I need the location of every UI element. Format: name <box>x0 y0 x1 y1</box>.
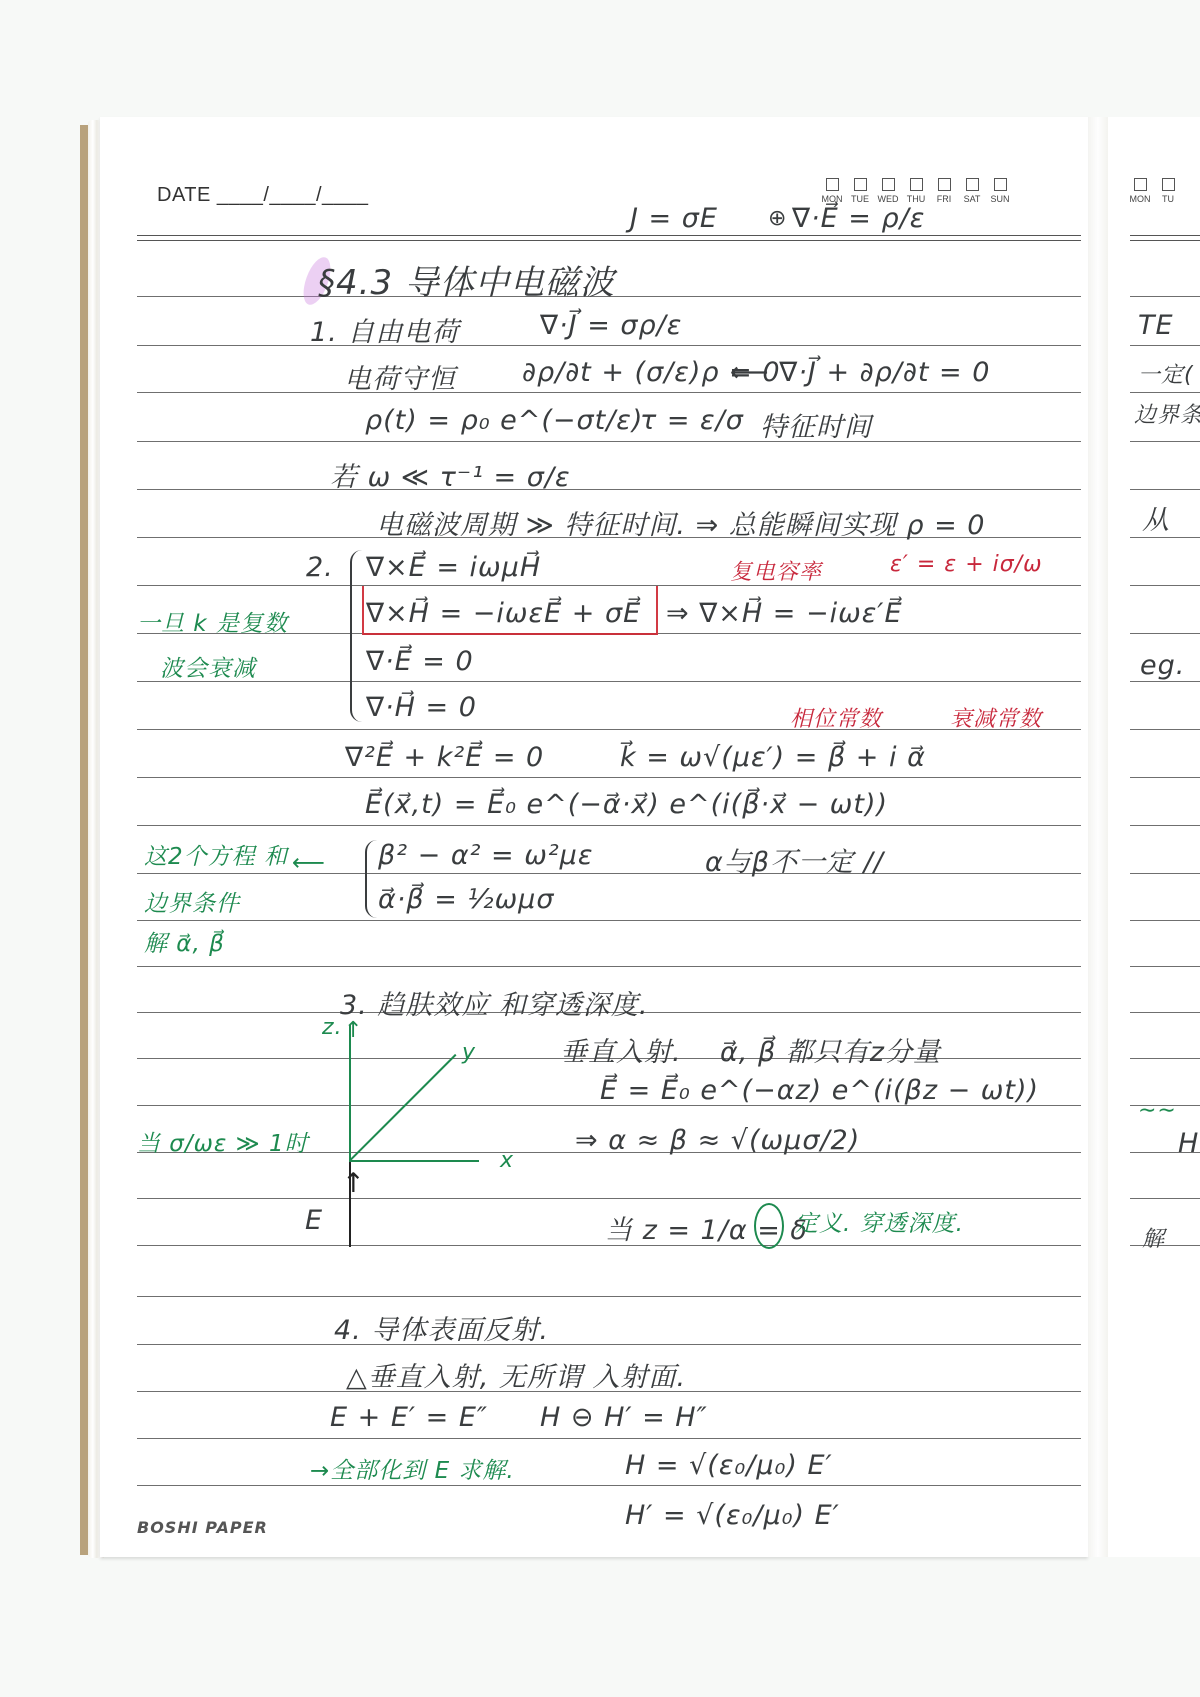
weekday-tue[interactable]: TU <box>1154 178 1182 204</box>
weekday-sun[interactable]: SUN <box>986 178 1014 204</box>
ruled-line <box>1130 825 1200 826</box>
page-title: §4.3 导体中电磁波 <box>318 255 615 304</box>
ruled-line <box>1130 633 1200 634</box>
x-axis <box>349 1160 479 1162</box>
notebook-spine <box>80 125 88 1555</box>
ruled-line <box>1130 966 1200 967</box>
curl-h-complex: ⇒ ∇×H⃗ = −iωε′E⃗ <box>666 598 903 629</box>
header-double-rule <box>137 235 1081 241</box>
e-boundary-condition: E + E′ = E″ <box>330 1402 488 1433</box>
right-fragment-te: TE <box>1138 310 1174 341</box>
ruled-line <box>1130 537 1200 538</box>
ruled-line <box>1130 681 1200 682</box>
page-gutter <box>1088 117 1108 1557</box>
ruled-line <box>137 1485 1081 1486</box>
section2-number: 2. <box>306 552 334 583</box>
section1-heading: 1. 自由电荷 <box>310 310 459 349</box>
weekday-mon[interactable]: MON <box>818 178 846 204</box>
maxwell-div-h: ∇·H⃗ = 0 <box>366 692 477 723</box>
ruled-line <box>137 873 1081 874</box>
section4-subheading: △垂直入射, 无所谓 入射面. <box>346 1355 686 1394</box>
green-arrow-icon: ⟵ <box>292 850 326 876</box>
incident-arrow-icon: ↑ <box>342 1168 366 1199</box>
attenuation-constant-label: 衰减常数 <box>950 702 1042 733</box>
ruled-line <box>1130 345 1200 346</box>
weekday-tue[interactable]: TUE <box>846 178 874 204</box>
ruled-line <box>137 681 1081 682</box>
charge-decay: ρ(t) = ρ₀ e^(−σt/ε) <box>365 405 643 436</box>
complex-permittivity-note: 复电容率 <box>730 555 822 586</box>
ruled-line <box>137 1296 1081 1297</box>
ruled-line <box>137 392 1081 393</box>
system-brace <box>365 840 377 918</box>
weekday-mon[interactable]: MON <box>1126 178 1154 204</box>
right-fragment-solve: 解 <box>1142 1222 1165 1253</box>
green-note-two-equations: 这2个方程 和 <box>144 838 288 871</box>
ruled-line <box>1130 392 1200 393</box>
h-relation-1: H = √(ε₀/μ₀) E′ <box>625 1450 833 1481</box>
wave-vector-definition: k⃗ = ω√(με′) = β⃗ + i α⃗ <box>620 742 926 773</box>
alpha-beta-note: α与β不一定 // <box>705 840 884 879</box>
weekday-checkboxes: MON TUE WED THU FRI SAT SUN <box>818 178 1014 204</box>
maxwell-curl-h: ∇×H⃗ = −iωεE⃗ + σE⃗ <box>366 598 641 629</box>
alpha-beta-equation: α⃗·β⃗ = ½ωμσ <box>378 884 554 915</box>
ruled-line <box>137 1344 1081 1345</box>
checkbox[interactable] <box>1162 178 1175 191</box>
checkbox[interactable] <box>910 178 923 191</box>
right-fragment-eg: eg. <box>1140 650 1185 681</box>
z-components-note: α⃗, β⃗ 都只有z分量 <box>720 1030 941 1069</box>
section4-heading: 4. 导体表面反射. <box>334 1308 549 1347</box>
section1-eq1: ∇·J⃗ = σρ/ε <box>540 310 682 341</box>
section3-heading: 3. 趋肤效应 和穿透深度. <box>340 983 649 1022</box>
maxwell-curl-e: ∇×E⃗ = iωμH⃗ <box>366 552 541 583</box>
green-note-boundary: 边界条件 <box>144 885 240 918</box>
axis-x-label: x <box>500 1148 514 1173</box>
ruled-line <box>1130 296 1200 297</box>
ruled-line <box>137 729 1081 730</box>
ruled-line <box>1130 729 1200 730</box>
ruled-line <box>1130 1198 1200 1199</box>
ruled-line <box>137 345 1081 346</box>
right-header-double-rule <box>1130 235 1200 241</box>
weekday-wed[interactable]: WED <box>874 178 902 204</box>
axis-y-label: y <box>462 1040 476 1065</box>
ruled-line <box>1130 1012 1200 1013</box>
ruled-line <box>1130 441 1200 442</box>
maxwell-div-e: ∇·E⃗ = 0 <box>366 646 474 677</box>
z-axis <box>349 1025 351 1165</box>
normal-incidence: 垂直入射. <box>560 1030 682 1069</box>
phase-constant-label: 相位常数 <box>790 702 882 733</box>
green-note-wave-decays: 波会衰减 <box>160 650 256 683</box>
checkbox[interactable] <box>994 178 1007 191</box>
charge-conservation-label: 电荷守恒 <box>344 357 456 396</box>
ruled-line <box>1130 920 1200 921</box>
right-wavy-mark: ∼∼ <box>1138 1098 1177 1123</box>
h-boundary-condition: H ⊖ H′ = H″ <box>540 1402 708 1433</box>
right-fragment-h: H <box>1178 1128 1199 1159</box>
circled-plus-marker: ⊕ <box>768 206 787 231</box>
helmholtz-equation: ∇²E⃗ + k²E⃗ = 0 <box>345 742 544 773</box>
ohm-law: J = σE <box>630 203 718 234</box>
complex-permittivity-formula: ε′ = ε + iσ/ω <box>890 552 1043 577</box>
brand-logo: BOSHI PAPER <box>137 1518 268 1537</box>
ruled-line <box>1130 777 1200 778</box>
weekday-sat[interactable]: SAT <box>958 178 986 204</box>
ruled-line <box>137 1438 1081 1439</box>
checkbox[interactable] <box>1134 178 1147 191</box>
ruled-line <box>1130 489 1200 490</box>
right-fragment-1: 一定( <box>1138 358 1194 389</box>
good-conductor-condition: 当 σ/ωε ≫ 1时 <box>137 1125 309 1158</box>
weekday-fri[interactable]: FRI <box>930 178 958 204</box>
ruled-line <box>137 966 1081 967</box>
right-page-weekdays: MON TU <box>1126 178 1182 204</box>
green-note-k-complex: 一旦 k 是复数 <box>137 605 288 638</box>
continuity-equation: ⟵ ∇·J⃗ + ∂ρ/∂t = 0 <box>730 357 990 388</box>
date-label: DATE ____/____/____ <box>157 184 369 207</box>
axis-e-label: E <box>305 1205 323 1236</box>
skin-depth-label: 定义. 穿透深度. <box>795 1205 964 1238</box>
axis-z-label: z. <box>322 1015 343 1040</box>
checkbox[interactable] <box>966 178 979 191</box>
attenuated-wave: E⃗ = E⃗₀ e^(−αz) e^(i(βz − ωt)) <box>600 1075 1039 1106</box>
alpha-beta-approx: ⇒ α ≈ β ≈ √(ωμσ/2) <box>575 1125 860 1156</box>
equation-brace <box>350 550 362 722</box>
ruled-line <box>137 489 1081 490</box>
axis-arrow-icon: ↑ <box>344 1018 363 1043</box>
delta-circle <box>754 1203 784 1249</box>
tau-definition: τ = ε/σ <box>640 405 744 436</box>
ruled-line <box>137 920 1081 921</box>
tau-label: 特征时间 <box>760 405 872 444</box>
ruled-line <box>137 441 1081 442</box>
checkbox[interactable] <box>826 178 839 191</box>
section1-conclusion: 电磁波周期 ≫ 特征时间. ⇒ 总能瞬间实现 ρ = 0 <box>376 503 986 542</box>
right-fragment-3: 从 <box>1142 498 1170 537</box>
checkbox[interactable] <box>854 178 867 191</box>
checkbox[interactable] <box>882 178 895 191</box>
ruled-line <box>1130 585 1200 586</box>
green-note-solve: 解 α⃗, β⃗ <box>144 925 225 958</box>
checkbox[interactable] <box>938 178 951 191</box>
ruled-line <box>137 825 1081 826</box>
gauss-law: ∇·E⃗ = ρ/ε <box>792 203 925 234</box>
ruled-line <box>1130 1058 1200 1059</box>
green-note-solve-in-e: →全部化到 E 求解. <box>310 1452 515 1485</box>
ruled-line <box>137 777 1081 778</box>
ruled-line <box>137 1198 1081 1199</box>
h-relation-2: H′ = √(ε₀/μ₀) E′ <box>625 1500 840 1531</box>
frequency-condition: 若 ω ≪ τ⁻¹ = σ/ε <box>330 455 571 494</box>
ruled-line <box>1130 873 1200 874</box>
plane-wave-solution: E⃗(x⃗,t) = E⃗₀ e^(−α⃗·x⃗) e^(i(β⃗·x⃗ − ω… <box>365 789 888 820</box>
weekday-thu[interactable]: THU <box>902 178 930 204</box>
right-fragment-2: 边界条 <box>1134 398 1200 429</box>
dispersion-equation: β² − α² = ω²με <box>378 840 593 871</box>
